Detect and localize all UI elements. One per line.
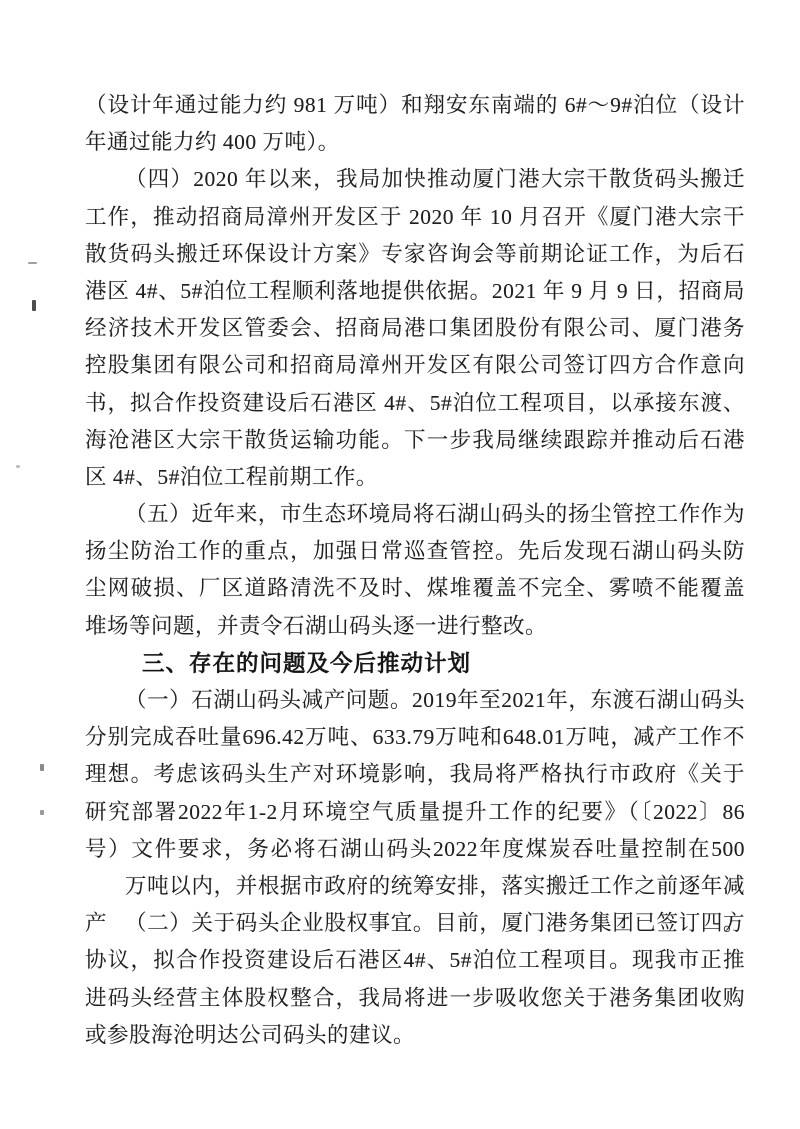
text-line: （五）近年来，市生态环境局将石湖山码头的扬尘管控工作作为 xyxy=(85,496,745,533)
document-body: （设计年通过能力约 981 万吨）和翔安东南端的 6#～9#泊位（设计 年通过能… xyxy=(85,87,745,1054)
text-line: （设计年通过能力约 981 万吨）和翔安东南端的 6#～9#泊位（设计 xyxy=(85,87,745,124)
text-line: 年通过能力约 400 万吨）。 xyxy=(85,124,745,161)
text-line: 工作，推动招商局漳州开发区于 2020 年 10 月召开《厦门港大宗干 xyxy=(85,199,745,236)
text-line: 扬尘防治工作的重点，加强日常巡查管控。先后发现石湖山码头防 xyxy=(85,533,745,570)
text-line: 分别完成吞吐量696.42万吨、633.79万吨和648.01万吨，减产工作不 xyxy=(85,719,745,756)
text-line: （二）关于码头企业股权事宜。目前，厦门港务集团已签订四方 xyxy=(85,905,745,942)
section-heading: 三、存在的问题及今后推动计划 xyxy=(85,645,745,682)
scan-artifact xyxy=(28,262,37,264)
text-line: 海沧港区大宗干散货运输功能。下一步我局继续跟踪并推动后石港 xyxy=(85,422,745,459)
text-line: 研究部署2022年1-2月环境空气质量提升工作的纪要》（〔2022〕86 xyxy=(85,794,745,831)
text-line: 尘网破损、厂区道路清洗不及时、煤堆覆盖不完全、雾喷不能覆盖 xyxy=(85,570,745,607)
text-line: （一）石湖山码头减产问题。2019年至2021年，东渡石湖山码头 xyxy=(85,682,745,719)
text-line: 控股集团有限公司和招商局漳州开发区有限公司签订四方合作意向 xyxy=(85,347,745,384)
text-line: 万吨以内，并根据市政府的统筹安排，落实搬迁工作之前逐年减产。 xyxy=(85,868,745,905)
text-line: 协议，拟合作投资建设后石港区4#、5#泊位工程项目。现我市正推 xyxy=(85,942,745,979)
scan-artifact xyxy=(32,300,36,311)
scanned-document-page: （设计年通过能力约 981 万吨）和翔安东南端的 6#～9#泊位（设计 年通过能… xyxy=(0,0,800,1129)
text-line: 号）文件要求，务必将石湖山码头2022年度煤炭吞吐量控制在500 xyxy=(85,831,745,868)
text-line: 经济技术开发区管委会、招商局港口集团股份有限公司、厦门港务 xyxy=(85,310,745,347)
text-line: （四）2020 年以来，我局加快推动厦门港大宗干散货码头搬迁 xyxy=(85,161,745,198)
text-line: 散货码头搬迁环保设计方案》专家咨询会等前期论证工作，为后石 xyxy=(85,236,745,273)
text-line: 书，拟合作投资建设后石港区 4#、5#泊位工程项目，以承接东渡、 xyxy=(85,385,745,422)
text-line: 堆场等问题，并责令石湖山码头逐一进行整改。 xyxy=(85,608,745,645)
text-line: 进码头经营主体股权整合，我局将进一步吸收您关于港务集团收购 xyxy=(85,980,745,1017)
scan-artifact xyxy=(40,764,44,771)
scan-artifact xyxy=(40,810,44,815)
text-line: 或参股海沧明达公司码头的建议。 xyxy=(85,1017,745,1054)
text-line: 港区 4#、5#泊位工程顺利落地提供依据。2021 年 9 月 9 日，招商局 xyxy=(85,273,745,310)
text-line: 理想。考虑该码头生产对环境影响，我局将严格执行市政府《关于 xyxy=(85,756,745,793)
scan-artifact xyxy=(16,465,20,468)
text-line: 区 4#、5#泊位工程前期工作。 xyxy=(85,459,745,496)
